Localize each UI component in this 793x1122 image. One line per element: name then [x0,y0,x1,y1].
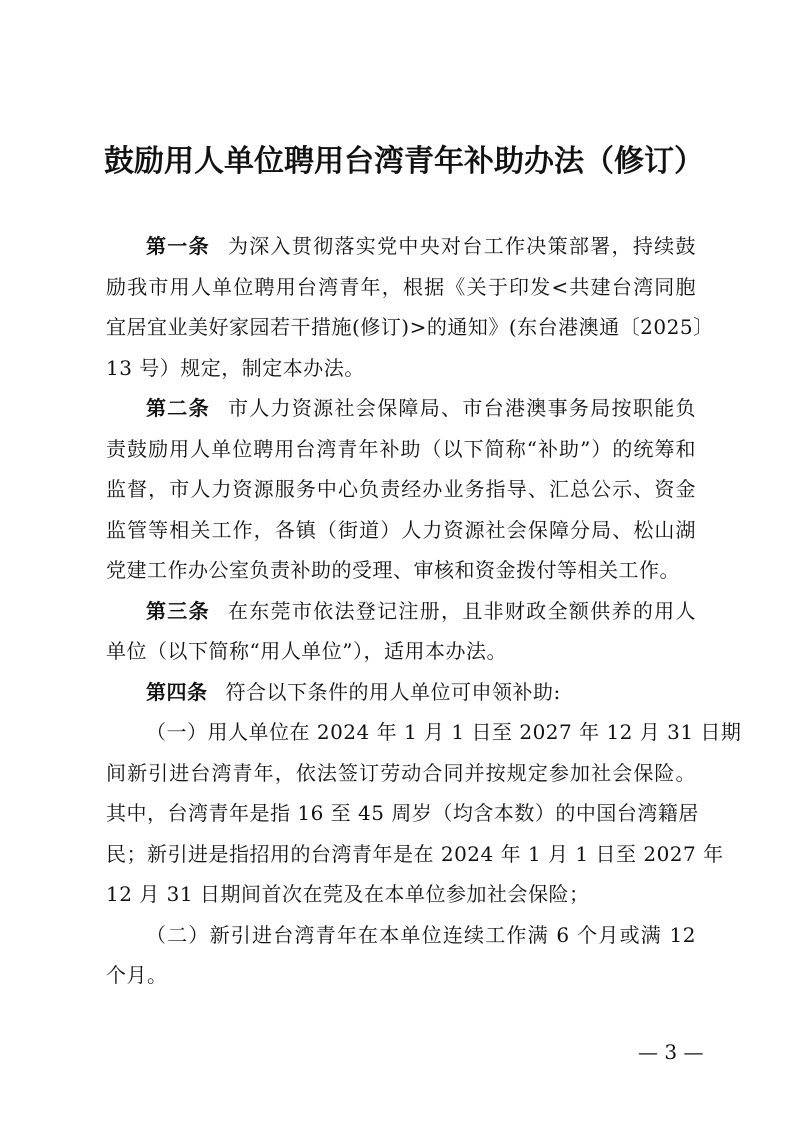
article-2-line-4: 监管等相关工作，各镇（街道）人力资源社会保障分局、松山湖 [106,510,696,551]
document-page: 鼓励用人单位聘用台湾青年补助办法（修订） 第一条为深入贯彻落实党中央对台工作决策… [0,0,793,1122]
article-label: 第三条 [146,599,210,623]
document-title: 鼓励用人单位聘用台湾青年补助办法（修订） [104,140,704,184]
article-1-line-2: 励我市用人单位聘用台湾青年，根据《关于印发<共建台湾同胞 [106,267,696,308]
article-label: 第四条 [146,680,208,704]
article-1-line-1: 第一条为深入贯彻落实党中央对台工作决策部署，持续鼓 [106,226,696,267]
article-1-line-4: 13 号）规定，制定本办法。 [106,348,696,389]
article-label: 第二条 [146,396,210,420]
item-1-line-4: 民；新引进是指招用的台湾青年是在 2024 年 1 月 1 日至 2027 年 [106,834,696,875]
article-text: 符合以下条件的用人单位可申领补助: [226,680,561,704]
item-1-line-1: （一）用人单位在 2024 年 1 月 1 日至 2027 年 12 月 31 … [106,712,696,753]
article-2-line-5: 党建工作办公室负责补助的受理、审核和资金拨付等相关工作。 [106,550,696,591]
item-2-line-1: （二）新引进台湾青年在本单位连续工作满 6 个月或满 12 [106,915,696,956]
item-1-line-5: 12 月 31 日期间首次在莞及在本单位参加社会保险； [106,874,696,915]
article-2-line-2: 责鼓励用人单位聘用台湾青年补助（以下简称“补助”）的统筹和 [106,429,696,470]
document-body: 第一条为深入贯彻落实党中央对台工作决策部署，持续鼓 励我市用人单位聘用台湾青年，… [106,226,696,996]
article-3-line-2: 单位（以下简称“用人单位”），适用本办法。 [106,631,696,672]
article-text: 市人力资源社会保障局、市台港澳事务局按职能负 [228,396,696,420]
article-3-line-1: 第三条在东莞市依法登记注册，且非财政全额供养的用人 [106,591,696,632]
item-1-line-3: 其中，台湾青年是指 16 至 45 周岁（均含本数）的中国台湾籍居 [106,793,696,834]
article-2-line-1: 第二条市人力资源社会保障局、市台港澳事务局按职能负 [106,388,696,429]
article-1-line-3: 宜居宜业美好家园若干措施(修订)>的通知》(东台港澳通〔2025〕 [106,307,696,348]
article-4-line-1: 第四条符合以下条件的用人单位可申领补助: [106,672,696,713]
article-2-line-3: 监督，市人力资源服务中心负责经办业务指导、汇总公示、资金 [106,469,696,510]
item-1-line-2: 间新引进台湾青年，依法签订劳动合同并按规定参加社会保险。 [106,753,696,794]
article-text: 在东莞市依法登记注册，且非财政全额供养的用人 [228,599,696,623]
article-label: 第一条 [146,234,210,258]
item-2-line-2: 个月。 [106,955,696,996]
article-text: 为深入贯彻落实党中央对台工作决策部署，持续鼓 [228,234,696,258]
page-number: — 3 — [638,1040,703,1064]
